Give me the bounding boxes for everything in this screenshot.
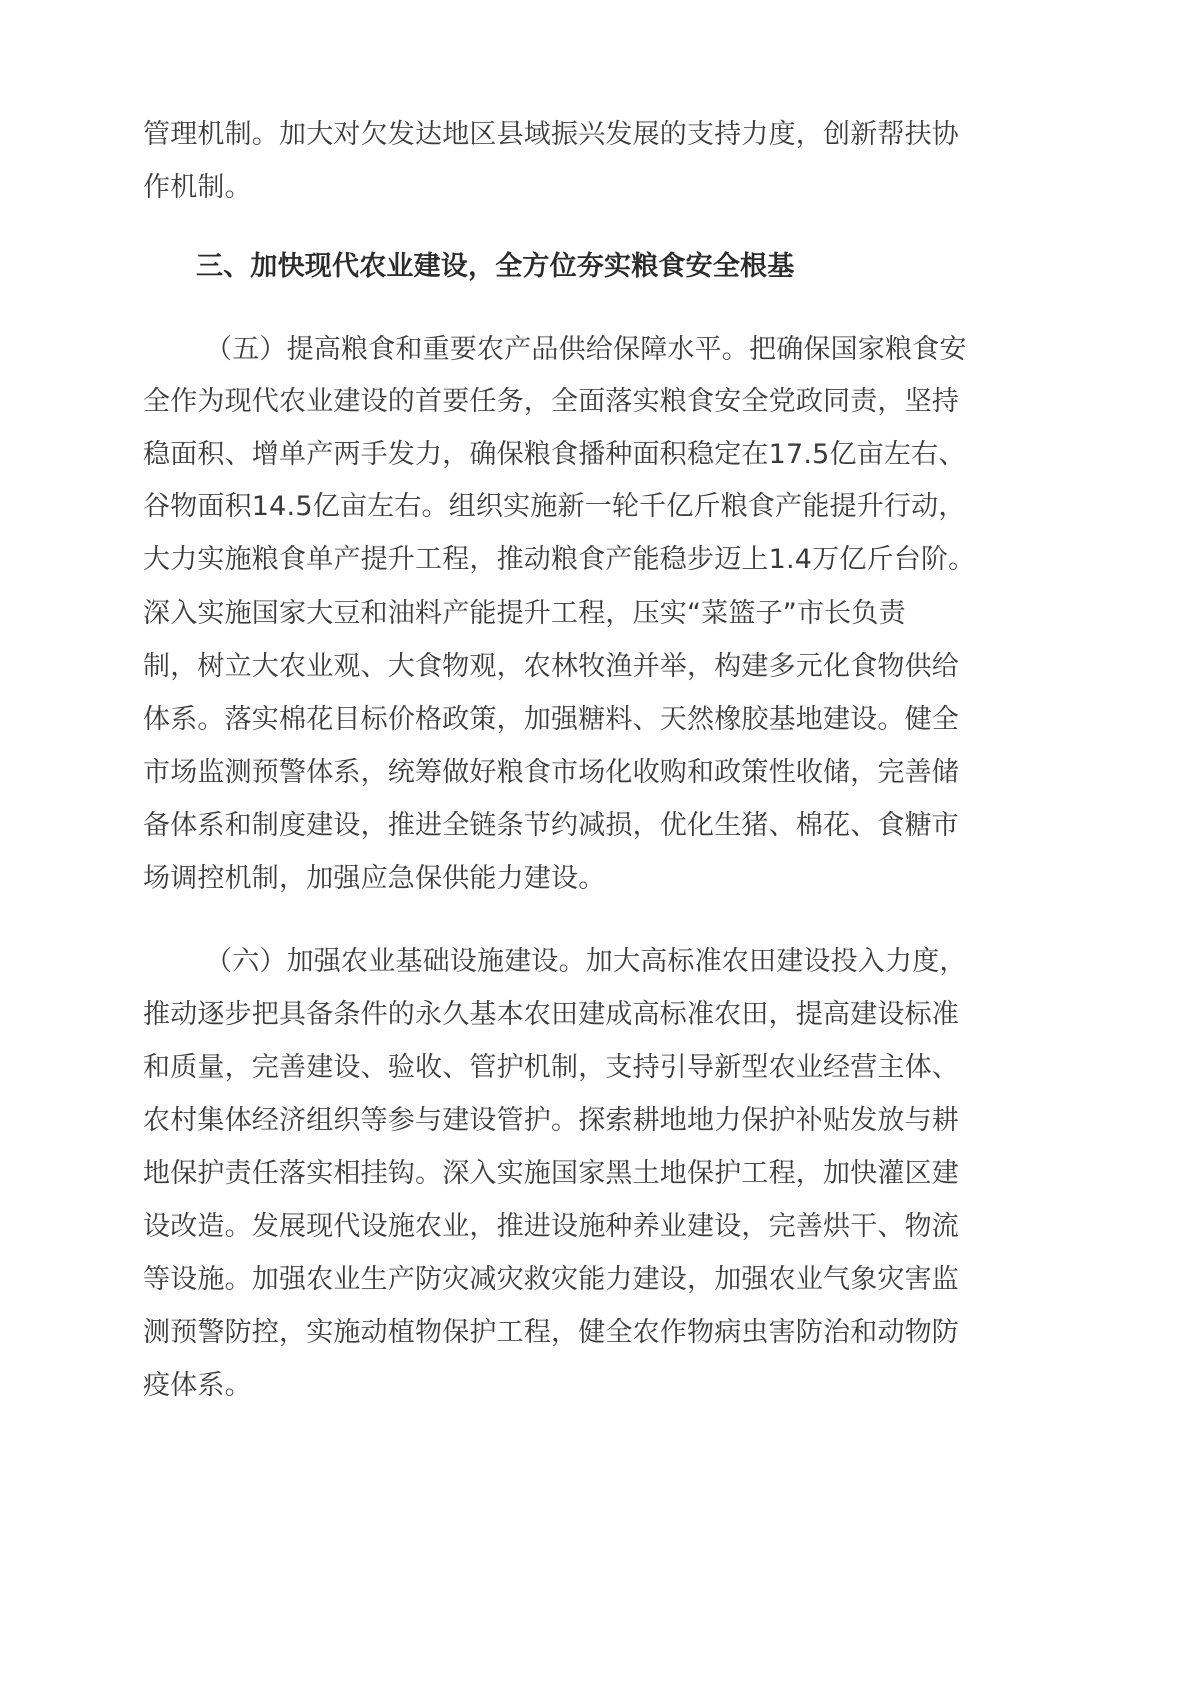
paragraph-line: 作机制。 [143,171,252,205]
paragraph-line: 制，树立大农业观、大食物观，农林牧渔并举，构建多元化食物供给 [143,650,959,684]
paragraph-line: 备体系和制度建设，推进全链条节约减损，优化生猪、棉花、食糖市 [143,809,959,843]
paragraph-line: 地保护责任落实相挂钩。深入实施国家黑土地保护工程，加快灌区建 [143,1157,959,1191]
section-heading: 三、加快现代农业建设，全方位夯实粮食安全根基 [196,250,794,284]
paragraph-line: 和质量，完善建设、验收、管护机制，支持引导新型农业经营主体、 [143,1051,959,1085]
paragraph-line: 疫体系。 [143,1369,252,1403]
paragraph-line: 等设施。加强农业生产防灾减灾救灾能力建设，加强农业气象灾害监 [143,1263,959,1297]
paragraph-line: 管理机制。加大对欠发达地区县域振兴发展的支持力度，创新帮扶协 [143,118,959,152]
document-page: 管理机制。加大对欠发达地区县域振兴发展的支持力度，创新帮扶协 作机制。 三、加快… [0,0,1200,1698]
paragraph-line: （五）提高粮食和重要农产品供给保障水平。把确保国家粮食安 [205,333,967,367]
paragraph-line: 测预警防控，实施动植物保护工程，健全农作物病虫害防治和动物防 [143,1316,959,1350]
paragraph-line: 场调控机制，加强应急保供能力建设。 [143,862,605,896]
paragraph-line: 市场监测预警体系，统筹做好粮食市场化收购和政策性收储，完善储 [143,756,959,790]
paragraph-line: 稳面积、增单产两手发力，确保粮食播种面积稳定在17.5亿亩左右、 [143,438,966,472]
paragraph-line: 谷物面积14.5亿亩左右。组织实施新一轮千亿斤粮食产能提升行动， [143,490,966,524]
paragraph-line: 体系。落实棉花目标价格政策，加强糖料、天然橡胶基地建设。健全 [143,703,959,737]
paragraph-line: 全作为现代农业建设的首要任务，全面落实粮食安全党政同责，坚持 [143,385,959,419]
paragraph-line: 大力实施粮食单产提升工程，推动粮食产能稳步迈上1.4万亿斤台阶。 [143,543,975,577]
paragraph-line: （六）加强农业基础设施建设。加大高标准农田建设投入力度， [205,945,967,979]
paragraph-line: 农村集体经济组织等参与建设管护。探索耕地地力保护补贴发放与耕 [143,1104,959,1138]
paragraph-line: 设改造。发展现代设施农业，推进设施种养业建设，完善烘干、物流 [143,1210,959,1244]
paragraph-line: 推动逐步把具备条件的永久基本农田建成高标准农田，提高建设标准 [143,998,959,1032]
paragraph-line: 深入实施国家大豆和油料产能提升工程，压实“菜篮子”市长负责 [143,597,906,631]
